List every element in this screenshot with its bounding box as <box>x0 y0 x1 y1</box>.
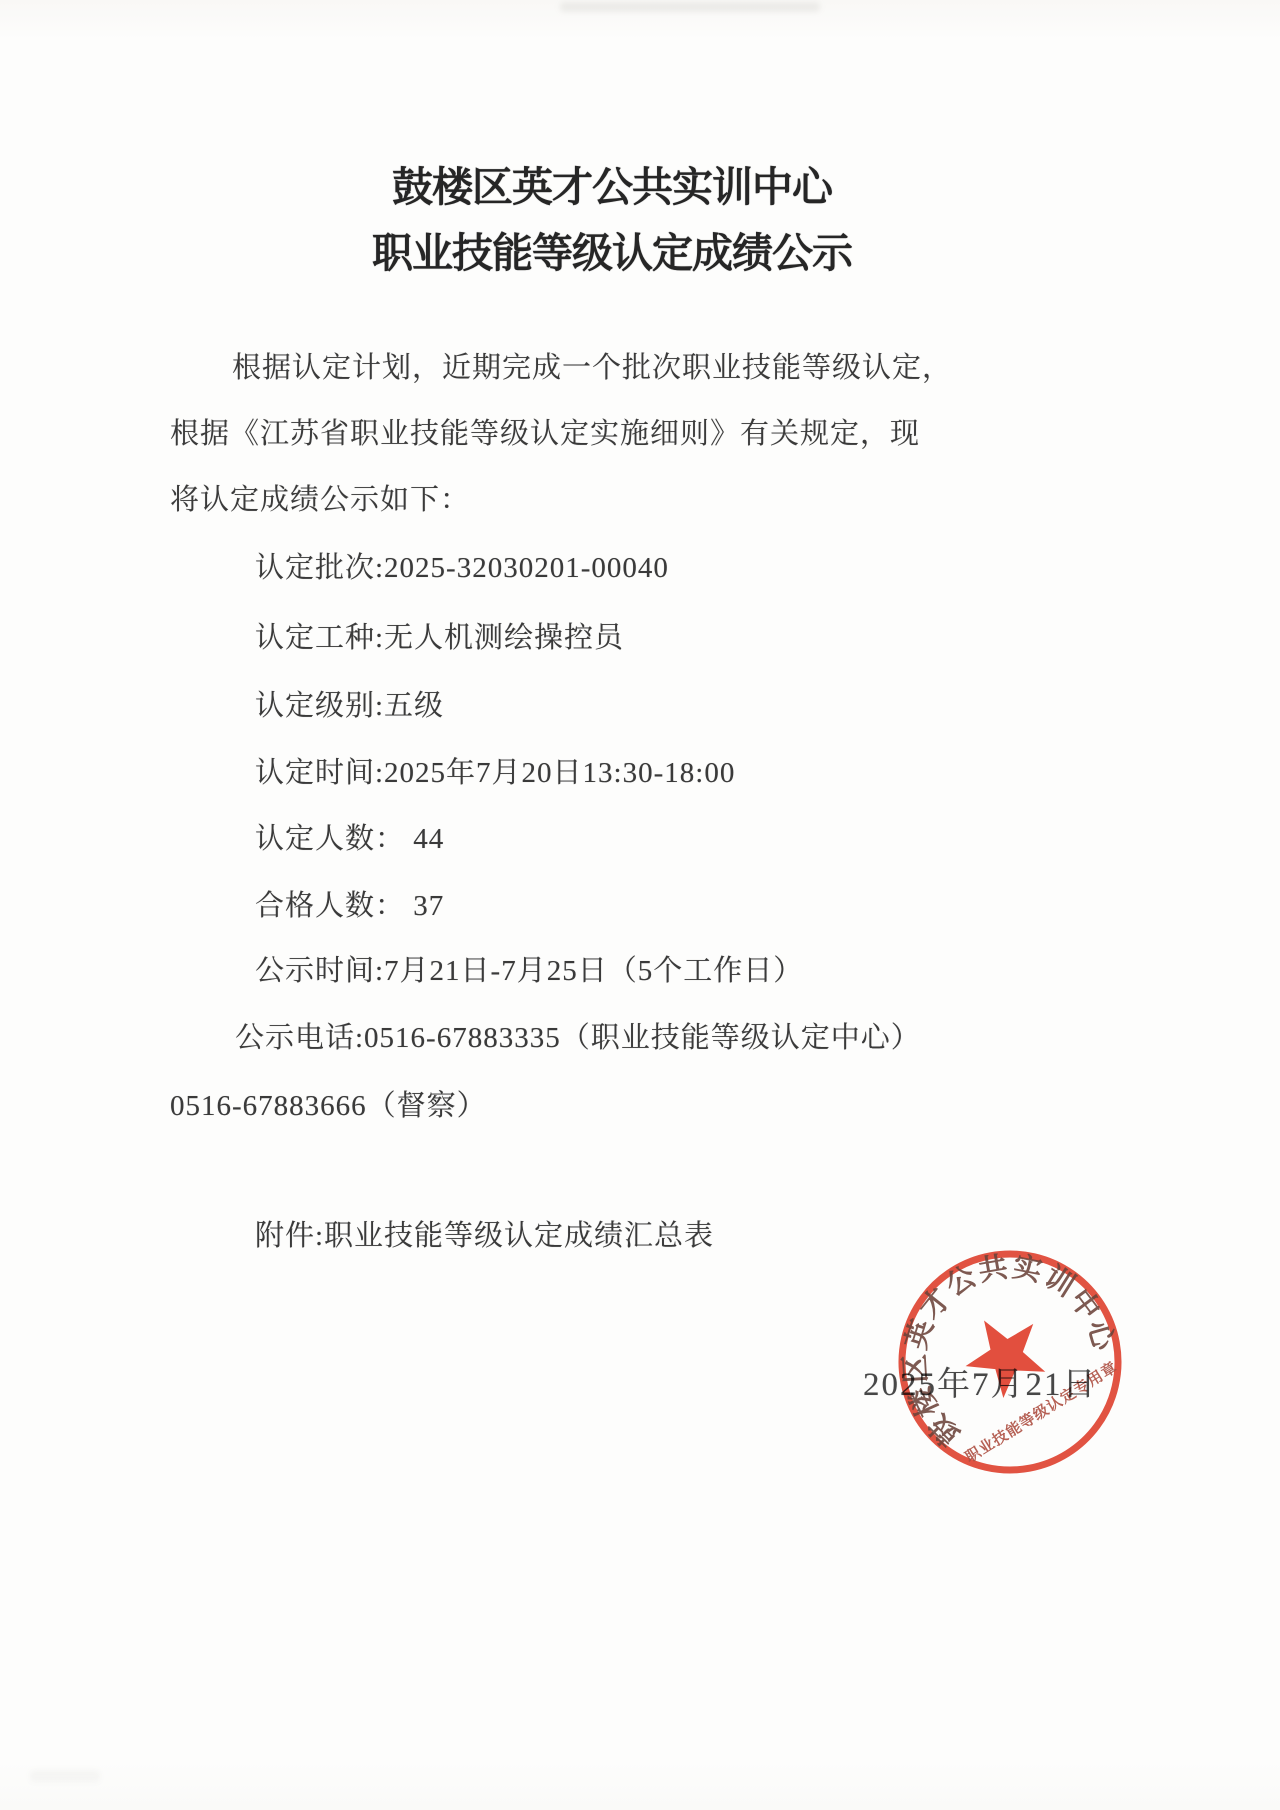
scan-smudge <box>30 1770 100 1782</box>
paragraph-line: 根据《江苏省职业技能等级认定实施细则》有关规定，现 <box>170 418 920 451</box>
detail-line-candidates: 认定人数： 44 <box>255 823 444 856</box>
doc-title-line2: 职业技能等级认定成绩公示 <box>0 230 1224 277</box>
detail-line-time: 认定时间:2025年7月20日13:30-18:00 <box>255 757 735 790</box>
detail-line-phone: 公示电话:0516-67883335（职业技能等级认定中心） <box>235 1022 921 1055</box>
detail-line-phone-wrap: 0516-67883666（督察） <box>170 1090 487 1123</box>
attachment-line: 附件:职业技能等级认定成绩汇总表 <box>255 1220 714 1253</box>
document-page: 鼓楼区英才公共实训中心 职业技能等级认定成绩公示 根据认定计划，近期完成一个批次… <box>0 0 1280 1810</box>
paragraph-line: 将认定成绩公示如下： <box>170 484 470 517</box>
doc-title-line1: 鼓楼区英才公共实训中心 <box>0 164 1224 211</box>
paragraph-line: 根据认定计划，近期完成一个批次职业技能等级认定， <box>232 352 952 385</box>
detail-line-publicity-period: 公示时间:7月21日-7月25日（5个工作日） <box>255 955 803 988</box>
scan-smudge <box>560 2 820 12</box>
star-icon <box>950 1299 1058 1406</box>
seal-graphic: 鼓楼区英才公共实训中心 职业技能等级认定专用章 <box>849 1201 1171 1523</box>
stamp-inner-text: 职业技能等级认定专用章 <box>962 1358 1121 1467</box>
detail-line-passed: 合格人数： 37 <box>255 890 444 923</box>
detail-line-batch: 认定批次:2025-32030201-00040 <box>255 552 669 585</box>
detail-line-level: 认定级别:五级 <box>255 690 444 723</box>
detail-line-occupation: 认定工种:无人机测绘操控员 <box>255 622 624 655</box>
official-seal-stamp: 鼓楼区英才公共实训中心 职业技能等级认定专用章 <box>849 1201 1171 1523</box>
